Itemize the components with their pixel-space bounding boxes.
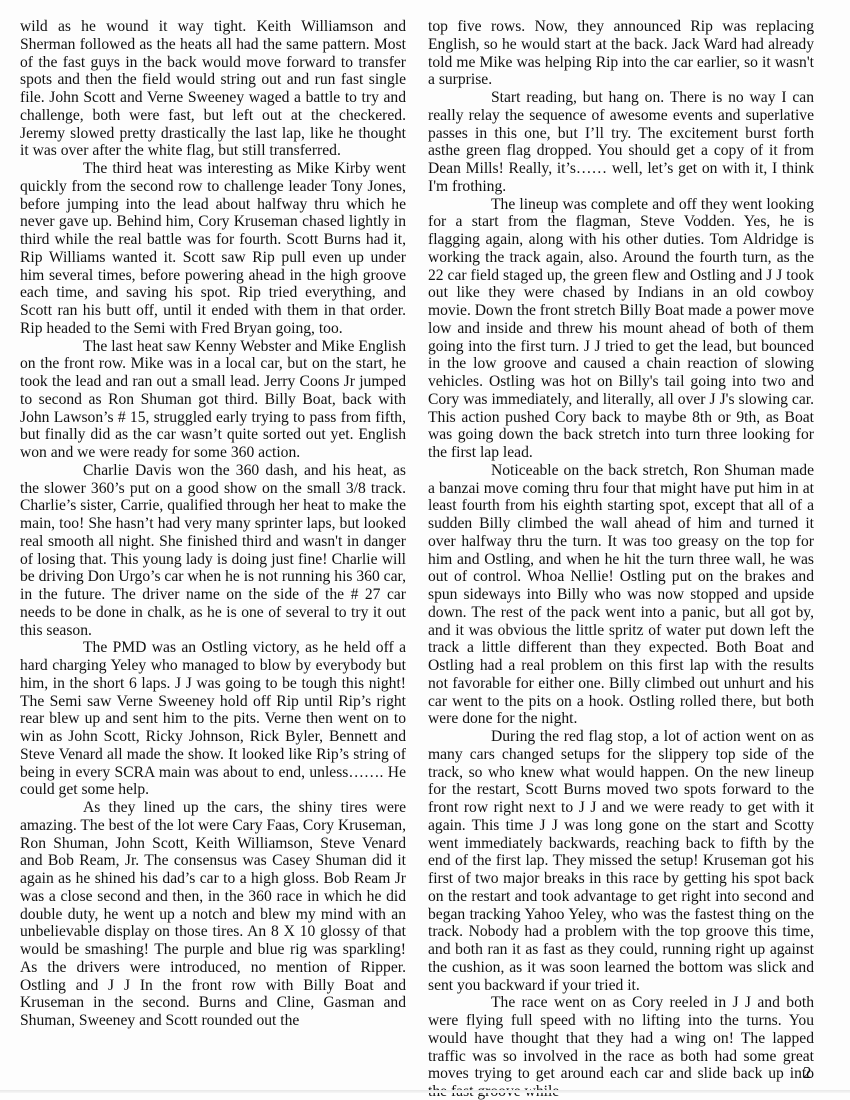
paragraph: The race went on as Cory reeled in J J a… bbox=[428, 994, 814, 1100]
paragraph: The third heat was interesting as Mike K… bbox=[20, 160, 406, 338]
left-column: wild as he wound it way tight. Keith Wil… bbox=[20, 18, 406, 1030]
paragraph: Charlie Davis won the 360 dash, and his … bbox=[20, 462, 406, 640]
paragraph: The PMD was an Ostling victory, as he he… bbox=[20, 639, 406, 799]
paragraph: Start reading, but hang on. There is no … bbox=[428, 89, 814, 196]
scan-edge-divider bbox=[0, 1090, 850, 1093]
page-number: 2 bbox=[803, 1063, 812, 1083]
document-page: wild as he wound it way tight. Keith Wil… bbox=[0, 0, 850, 1100]
paragraph: As they lined up the cars, the shiny tir… bbox=[20, 799, 406, 1030]
right-column: top five rows. Now, they announced Rip w… bbox=[428, 18, 814, 1100]
paragraph: The lineup was complete and off they wen… bbox=[428, 196, 814, 462]
paragraph: wild as he wound it way tight. Keith Wil… bbox=[20, 18, 406, 160]
paragraph: During the red flag stop, a lot of actio… bbox=[428, 728, 814, 994]
paragraph: Noticeable on the back stretch, Ron Shum… bbox=[428, 462, 814, 728]
paragraph: The last heat saw Kenny Webster and Mike… bbox=[20, 338, 406, 462]
paragraph: top five rows. Now, they announced Rip w… bbox=[428, 18, 814, 89]
